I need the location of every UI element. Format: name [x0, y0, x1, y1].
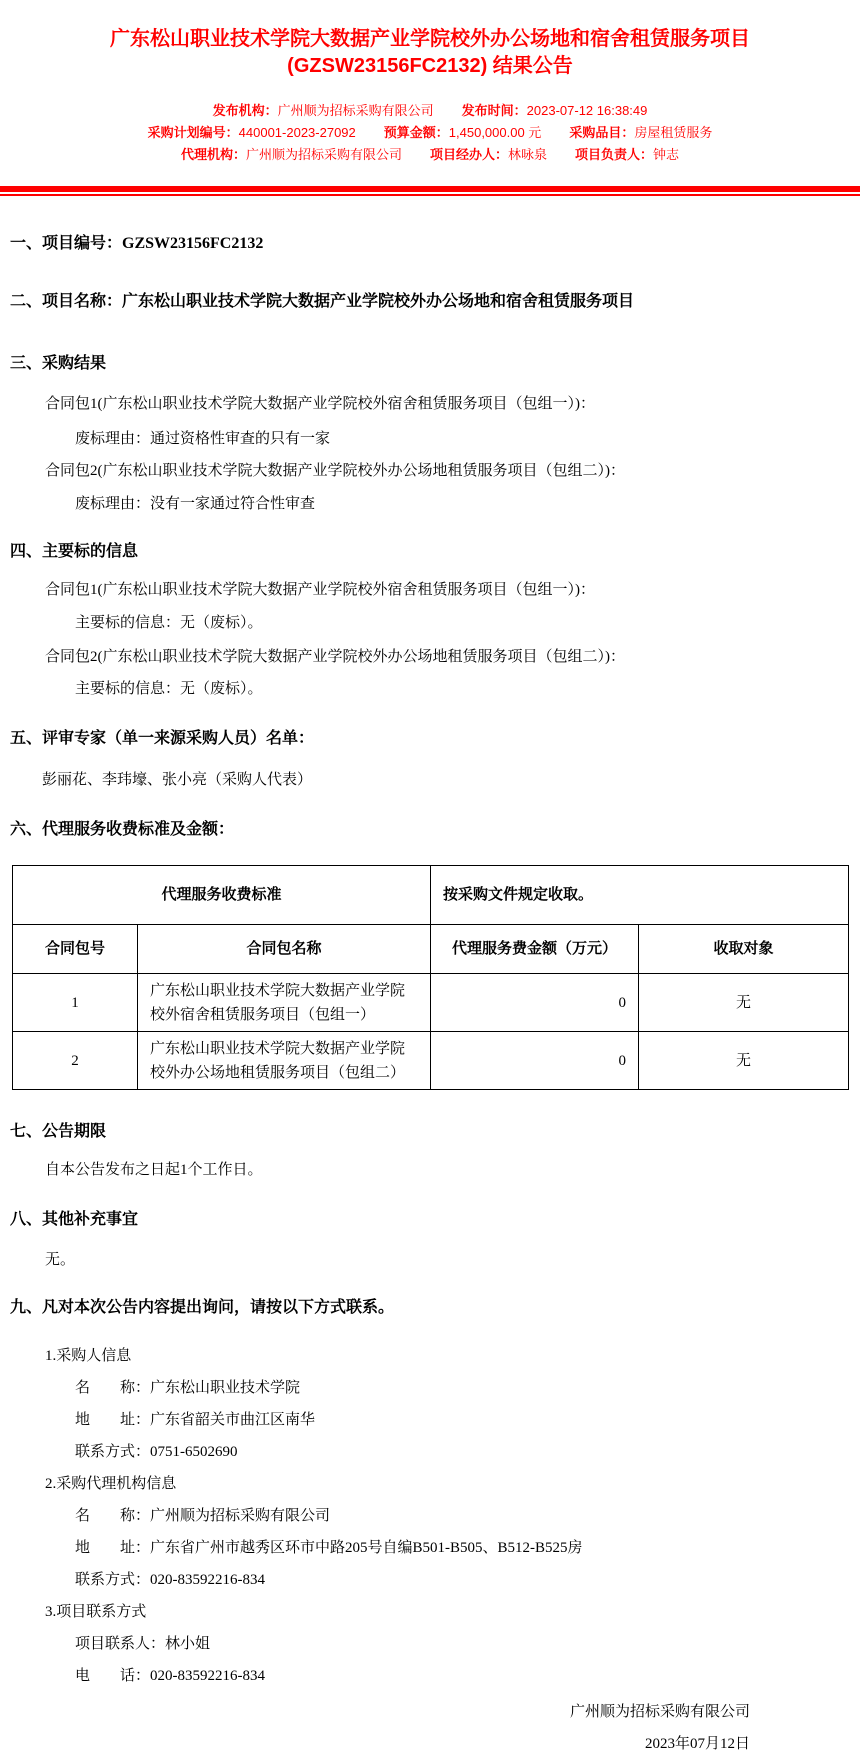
meta-label: 采购品目：: [569, 125, 634, 140]
contact-line: 联系方式：020-83592216-834: [75, 1570, 850, 1590]
contact-value: 广东省广州市越秀区环市中路205号自编B501-B505、B512-B525房: [150, 1540, 583, 1556]
announcement-body: 一、项目编号：GZSW23156FC2132 二、项目名称：广东松山职业技术学院…: [0, 234, 860, 1754]
meta-plan-number: 采购计划编号：440001-2023-27092: [148, 122, 356, 144]
fee-standard-header-cell: 代理服务收费标准: [13, 866, 431, 925]
package-line: 合同包2(广东松山职业技术学院大数据产业学院校外办公场地租赁服务项目（包组二）)…: [45, 647, 850, 667]
section-1-value: GZSW23156FC2132: [122, 235, 263, 252]
meta-agency: 代理机构：广州顺为招标采购有限公司: [181, 144, 402, 166]
fee-table: 代理服务收费标准 按采购文件规定收取。 合同包号 合同包名称 代理服务费金额（万…: [12, 865, 849, 1090]
meta-category: 采购品目：房屋租赁服务: [569, 122, 712, 144]
cell-fee-amount: 0: [431, 974, 639, 1032]
announcement-header: 广东松山职业技术学院大数据产业学院校外办公场地和宿舍租赁服务项目 (GZSW23…: [0, 0, 860, 166]
contact-group-title: 1.采购人信息: [45, 1346, 850, 1366]
package-line: 合同包1(广东松山职业技术学院大数据产业学院校外宿舍租赁服务项目（包组一）)：: [45, 580, 850, 600]
meta-value: 钟志: [653, 147, 679, 162]
contact-value: 020-83592216-834: [150, 1668, 265, 1684]
contact-line: 联系方式：0751-6502690: [75, 1442, 850, 1462]
contact-line: 地 址：广东省广州市越秀区环市中路205号自编B501-B505、B512-B5…: [75, 1538, 850, 1558]
fee-table-merged-header-row: 代理服务收费标准 按采购文件规定收取。: [13, 866, 849, 925]
contact-line: 电 话：020-83592216-834: [75, 1666, 850, 1686]
contact-label: 地 址：: [75, 1412, 150, 1428]
page-title-line2: (GZSW23156FC2132) 结果公告: [0, 53, 860, 80]
contact-value: 广州顺为招标采购有限公司: [150, 1508, 330, 1524]
meta-publisher: 发布机构：广州顺为招标采购有限公司: [213, 100, 434, 122]
meta-label: 代理机构：: [181, 147, 246, 162]
expert-names: 彭丽花、李玮壕、张小亮（采购人代表）: [42, 770, 850, 790]
section-9-heading: 九、凡对本次公告内容提出询问，请按以下方式联系。: [10, 1298, 850, 1318]
table-row: 2 广东松山职业技术学院大数据产业学院校外办公场地租赁服务项目（包组二） 0 无: [13, 1032, 849, 1090]
contact-label: 电 话：: [75, 1668, 150, 1684]
section-1-label: 一、项目编号：: [10, 235, 122, 252]
cell-package-no: 1: [13, 974, 138, 1032]
meta-label: 发布时间：: [462, 103, 527, 118]
column-header-package-name: 合同包名称: [138, 925, 431, 974]
meta-responsible: 项目负责人：钟志: [575, 144, 679, 166]
meta-value: 1,450,000.00 元: [449, 125, 542, 140]
section-5-heading: 五、评审专家（单一来源采购人员）名单：: [10, 729, 850, 749]
column-header-package-no: 合同包号: [13, 925, 138, 974]
contact-value: 广东松山职业技术学院: [150, 1380, 300, 1396]
column-header-fee-target: 收取对象: [639, 925, 849, 974]
section-4-heading: 四、主要标的信息: [10, 542, 850, 562]
meta-value: 广州顺为招标采购有限公司: [278, 103, 434, 118]
meta-label: 采购计划编号：: [148, 125, 239, 140]
table-row: 1 广东松山职业技术学院大数据产业学院校外宿舍租赁服务项目（包组一） 0 无: [13, 974, 849, 1032]
package-detail: 废标理由：没有一家通过符合性审查: [75, 494, 850, 514]
meta-value: 广州顺为招标采购有限公司: [246, 147, 402, 162]
meta-label: 项目负责人：: [575, 147, 653, 162]
contact-label: 地 址：: [75, 1540, 150, 1556]
section-7-heading: 七、公告期限: [10, 1122, 850, 1142]
fee-table-column-header-row: 合同包号 合同包名称 代理服务费金额（万元） 收取对象: [13, 925, 849, 974]
cell-fee-target: 无: [639, 1032, 849, 1090]
contact-value: 020-83592216-834: [150, 1572, 265, 1588]
section-1-project-number: 一、项目编号：GZSW23156FC2132: [10, 234, 850, 254]
meta-line-1: 发布机构：广州顺为招标采购有限公司发布时间：2023-07-12 16:38:4…: [0, 100, 860, 122]
contact-line: 名 称：广东松山职业技术学院: [75, 1378, 850, 1398]
meta-label: 发布机构：: [213, 103, 278, 118]
package-detail: 主要标的信息：无（废标）。: [75, 679, 850, 699]
contact-value: 0751-6502690: [150, 1444, 238, 1460]
footer-organization: 广州顺为招标采购有限公司: [10, 1702, 850, 1722]
cell-package-name: 广东松山职业技术学院大数据产业学院校外宿舍租赁服务项目（包组一）: [138, 974, 431, 1032]
meta-label: 预算金额：: [384, 125, 449, 140]
section-3-heading: 三、采购结果: [10, 354, 850, 374]
meta-publish-time: 发布时间：2023-07-12 16:38:49: [462, 100, 648, 122]
section-2-project-name: 二、项目名称：广东松山职业技术学院大数据产业学院校外办公场地和宿舍租赁服务项目: [10, 292, 850, 312]
red-divider-thin: [0, 194, 860, 196]
announcement-meta: 发布机构：广州顺为招标采购有限公司发布时间：2023-07-12 16:38:4…: [0, 100, 860, 166]
package-detail: 主要标的信息：无（废标）。: [75, 613, 850, 633]
contact-label: 联系方式：: [75, 1572, 150, 1588]
contact-label: 名 称：: [75, 1508, 150, 1524]
page-title: 广东松山职业技术学院大数据产业学院校外办公场地和宿舍租赁服务项目 (GZSW23…: [0, 0, 860, 80]
section-6-heading: 六、代理服务收费标准及金额：: [10, 820, 850, 840]
contact-line: 地 址：广东省韶关市曲江区南华: [75, 1410, 850, 1430]
contact-label: 联系方式：: [75, 1444, 150, 1460]
contact-value: 广东省韶关市曲江区南华: [150, 1412, 315, 1428]
page-title-line1: 广东松山职业技术学院大数据产业学院校外办公场地和宿舍租赁服务项目: [0, 26, 860, 53]
cell-fee-target: 无: [639, 974, 849, 1032]
announcement-period: 自本公告发布之日起1个工作日。: [45, 1160, 850, 1180]
fee-standard-value-cell: 按采购文件规定收取。: [431, 866, 849, 925]
section-2-label: 二、项目名称：: [10, 293, 122, 310]
meta-line-2: 采购计划编号：440001-2023-27092预算金额：1,450,000.0…: [0, 122, 860, 144]
package-line: 合同包1(广东松山职业技术学院大数据产业学院校外宿舍租赁服务项目（包组一）)：: [45, 394, 850, 414]
meta-budget: 预算金额：1,450,000.00 元: [384, 122, 542, 144]
package-line: 合同包2(广东松山职业技术学院大数据产业学院校外办公场地租赁服务项目（包组二）)…: [45, 461, 850, 481]
package-detail: 废标理由：通过资格性审查的只有一家: [75, 429, 850, 449]
contact-group-title: 3.项目联系方式: [45, 1602, 850, 1622]
contact-value: 林小姐: [165, 1636, 210, 1652]
contact-group-title: 2.采购代理机构信息: [45, 1474, 850, 1494]
meta-value: 440001-2023-27092: [239, 125, 356, 140]
cell-package-name: 广东松山职业技术学院大数据产业学院校外办公场地租赁服务项目（包组二）: [138, 1032, 431, 1090]
meta-value: 林咏泉: [508, 147, 547, 162]
contact-label: 名 称：: [75, 1380, 150, 1396]
section-2-value: 广东松山职业技术学院大数据产业学院校外办公场地和宿舍租赁服务项目: [122, 293, 634, 310]
contact-label: 项目联系人：: [75, 1636, 165, 1652]
other-matters: 无。: [45, 1250, 850, 1270]
meta-handler: 项目经办人：林咏泉: [430, 144, 547, 166]
meta-value: 2023-07-12 16:38:49: [527, 103, 648, 118]
contact-line: 项目联系人：林小姐: [75, 1634, 850, 1654]
column-header-fee-amount: 代理服务费金额（万元）: [431, 925, 639, 974]
contact-line: 名 称：广州顺为招标采购有限公司: [75, 1506, 850, 1526]
cell-package-no: 2: [13, 1032, 138, 1090]
meta-line-3: 代理机构：广州顺为招标采购有限公司项目经办人：林咏泉项目负责人：钟志: [0, 144, 860, 166]
section-8-heading: 八、其他补充事宜: [10, 1210, 850, 1230]
footer-date: 2023年07月12日: [10, 1734, 850, 1754]
cell-fee-amount: 0: [431, 1032, 639, 1090]
meta-value: 房屋租赁服务: [634, 125, 712, 140]
meta-label: 项目经办人：: [430, 147, 508, 162]
red-divider-thick: [0, 186, 860, 192]
